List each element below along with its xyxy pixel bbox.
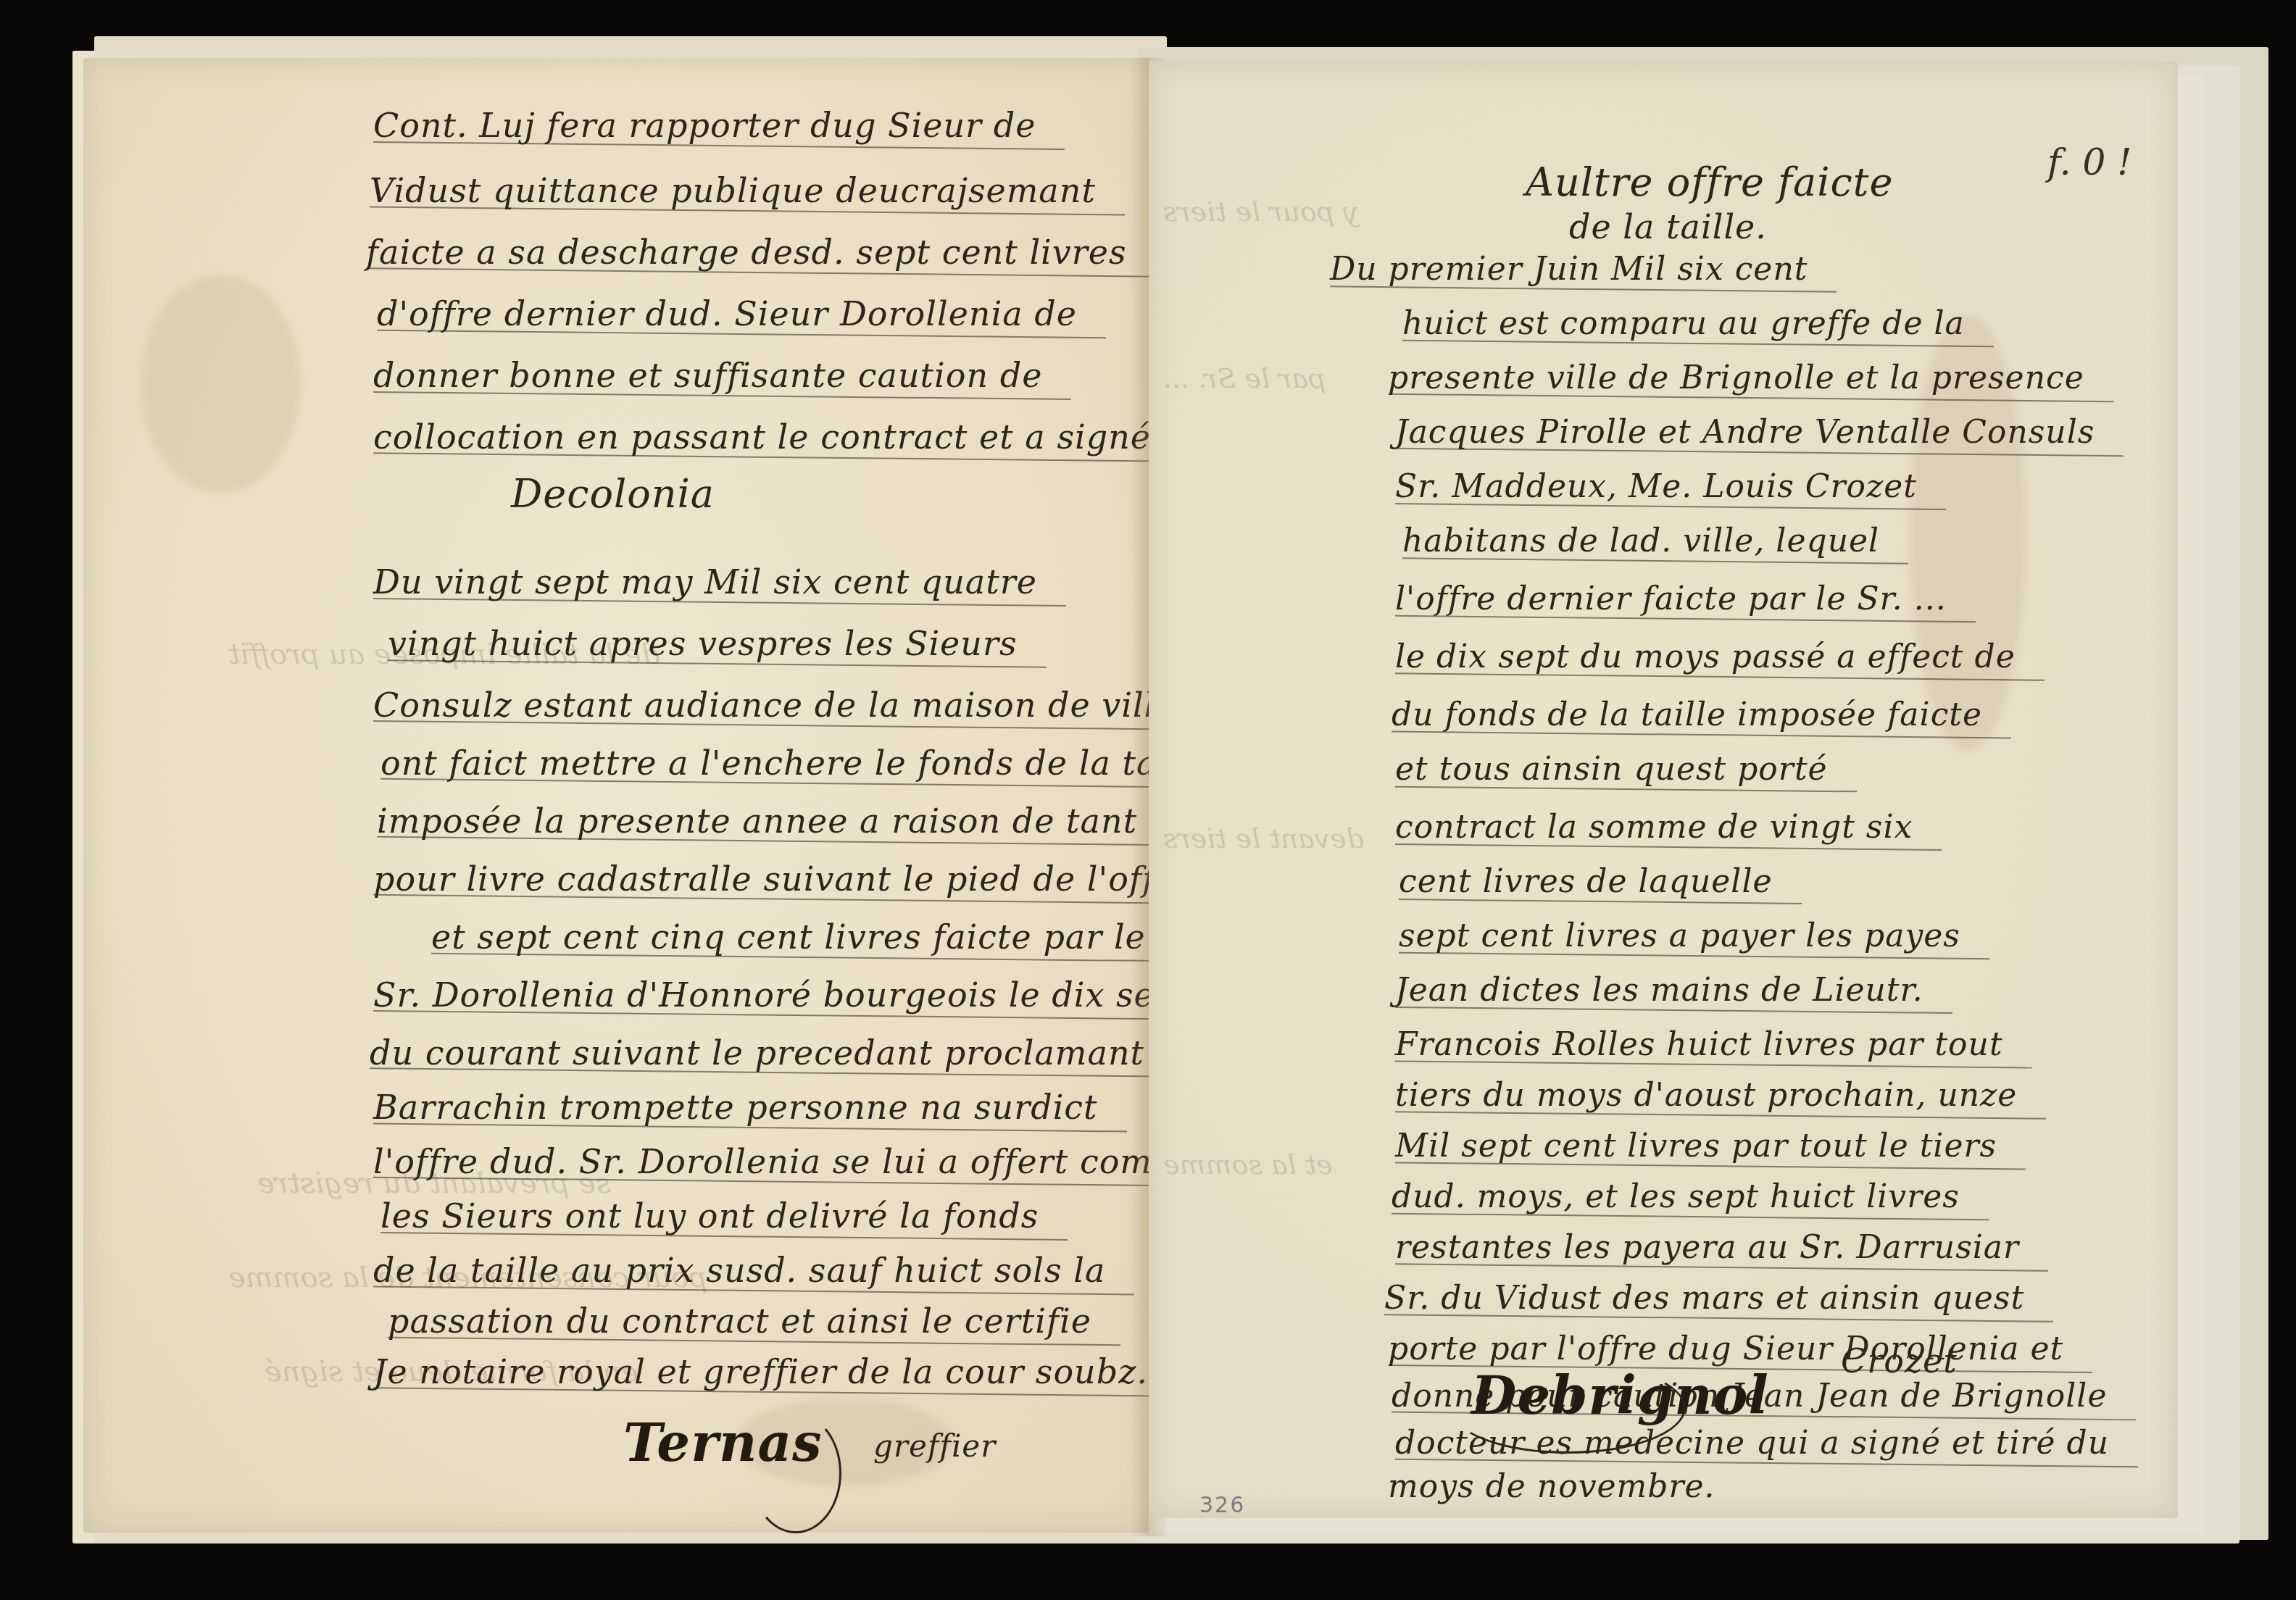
manuscript-line: pour livre cadastralle suivant le pied d… <box>373 862 1192 896</box>
manuscript-line: Sr. du Vidust des mars et ainsin quest <box>1384 1283 2024 1314</box>
manuscript-line: Barrachin trompette personne na surdict <box>373 1091 1098 1124</box>
water-stain <box>141 275 301 493</box>
manuscript-line: et tous ainsin quest porté <box>1395 754 1828 786</box>
manuscript-line: Du premier Juin Mil six cent <box>1330 254 1808 286</box>
manuscript-line: sept cent livres a payer les payes <box>1399 920 1960 952</box>
manuscript-line: et sept cent cinq cent livres faicte par… <box>431 920 1146 954</box>
manuscript-line: presente ville de Brignolle et la presen… <box>1388 362 2084 394</box>
bleed-through-text: par le Sr. ... <box>1163 362 1326 394</box>
manuscript-line: passation du contract et ainsi le certif… <box>388 1304 1091 1338</box>
manuscript-line: tiers du moys d'aoust prochain, unze <box>1395 1080 2017 1112</box>
manuscript-line: huict est comparu au greffe de la <box>1402 308 1965 340</box>
entry-heading: Decolonia <box>511 475 715 514</box>
manuscript-line: contract la somme de vingt six <box>1395 812 1913 843</box>
right-page: y pour le tiers par le Sr. ... devant le… <box>1149 62 2178 1518</box>
manuscript-line: restantes les payera au Sr. Darrusiar <box>1395 1232 2019 1264</box>
manuscript-line: ont faict mettre a l'enchere le fonds de… <box>380 746 1212 780</box>
bleed-through-text: et la somme <box>1163 1149 1333 1180</box>
corner-mark: f. 0 ! <box>2047 141 2131 183</box>
manuscript-line: le dix sept du moys passé a effect de <box>1395 641 2016 673</box>
manuscript-line: d'offre dernier dud. Sieur Dorollenia de <box>377 297 1077 330</box>
entry-heading-line1: Aultre offre faicte <box>1526 163 1893 202</box>
manuscript-line: dud. moys, et les sept huict livres <box>1392 1181 1960 1213</box>
manuscript-line: Jean dictes les mains de Lieutr. <box>1395 975 1923 1007</box>
manuscript-line: Mil sept cent livres par tout le tiers <box>1395 1130 1997 1162</box>
manuscript-line: donner bonne et suffisante caution de <box>373 359 1042 392</box>
folio-number: 326 <box>1199 1493 1245 1518</box>
manuscript-line: Du vingt sept may Mil six cent quatre <box>373 565 1037 599</box>
manuscript-line: Jacques Pirolle et Andre Ventalle Consul… <box>1395 417 2095 449</box>
manuscript-line: cent livres de laquelle <box>1399 866 1773 898</box>
manuscript-line: faicte a sa descharge desd. sept cent li… <box>366 236 1127 269</box>
manuscript-line: collocation en passant le contract et a … <box>373 420 1151 454</box>
manuscript-line: l'offre dud. Sr. Dorollenia se lui a off… <box>373 1145 1205 1178</box>
manuscript-line: porte par l'offre dug Sieur Dorollenia e… <box>1388 1333 2063 1365</box>
signature-crozet: Crozet <box>1841 1344 1958 1378</box>
manuscript-line: Vidust quittance publique deucrajsemant <box>370 174 1096 207</box>
manuscript-line: Sr. Dorollenia d'Honnoré bourgeois le di… <box>373 978 1191 1012</box>
entry-heading-line2: de la taille. <box>1569 210 1767 243</box>
manuscript-line: les Sieurs ont luy ont delivré la fonds <box>380 1199 1039 1233</box>
manuscript-line: du fonds de la taille imposée faicte <box>1392 699 1982 731</box>
manuscript-line: moys de novembre. <box>1388 1471 1715 1503</box>
signature-flourish <box>750 1413 841 1533</box>
manuscript-line: Sr. Maddeux, Me. Louis Crozet <box>1395 471 1917 503</box>
manuscript-line: l'offre dernier faicte par le Sr. ... <box>1395 583 1947 615</box>
scanned-book-spread: de la taille imposée au proffit se preva… <box>0 0 2296 1600</box>
manuscript-line: Consulz estant audiance de la maison de … <box>373 688 1176 722</box>
manuscript-line: de la taille au prix susd. sauf huict so… <box>373 1254 1105 1287</box>
manuscript-line: Je notaire royal et greffier de la cour … <box>373 1355 1148 1388</box>
signature-greffier: greffier <box>873 1431 996 1462</box>
manuscript-line: habitans de lad. ville, lequel <box>1402 525 1879 557</box>
bleed-through-text: devant le tiers <box>1163 822 1364 854</box>
left-page: de la taille imposée au proffit se preva… <box>83 58 1149 1533</box>
manuscript-line: Cont. Luj fera rapporter dug Sieur de <box>373 109 1036 142</box>
bleed-through-text: y pour le tiers <box>1163 196 1359 228</box>
signature-flourish <box>1449 1362 1686 1454</box>
manuscript-line: vingt huict apres vespres les Sieurs <box>388 627 1018 660</box>
manuscript-line: Francois Rolles huict livres par tout <box>1395 1029 2003 1061</box>
manuscript-line: imposée la presente annee a raison de ta… <box>377 804 1208 838</box>
